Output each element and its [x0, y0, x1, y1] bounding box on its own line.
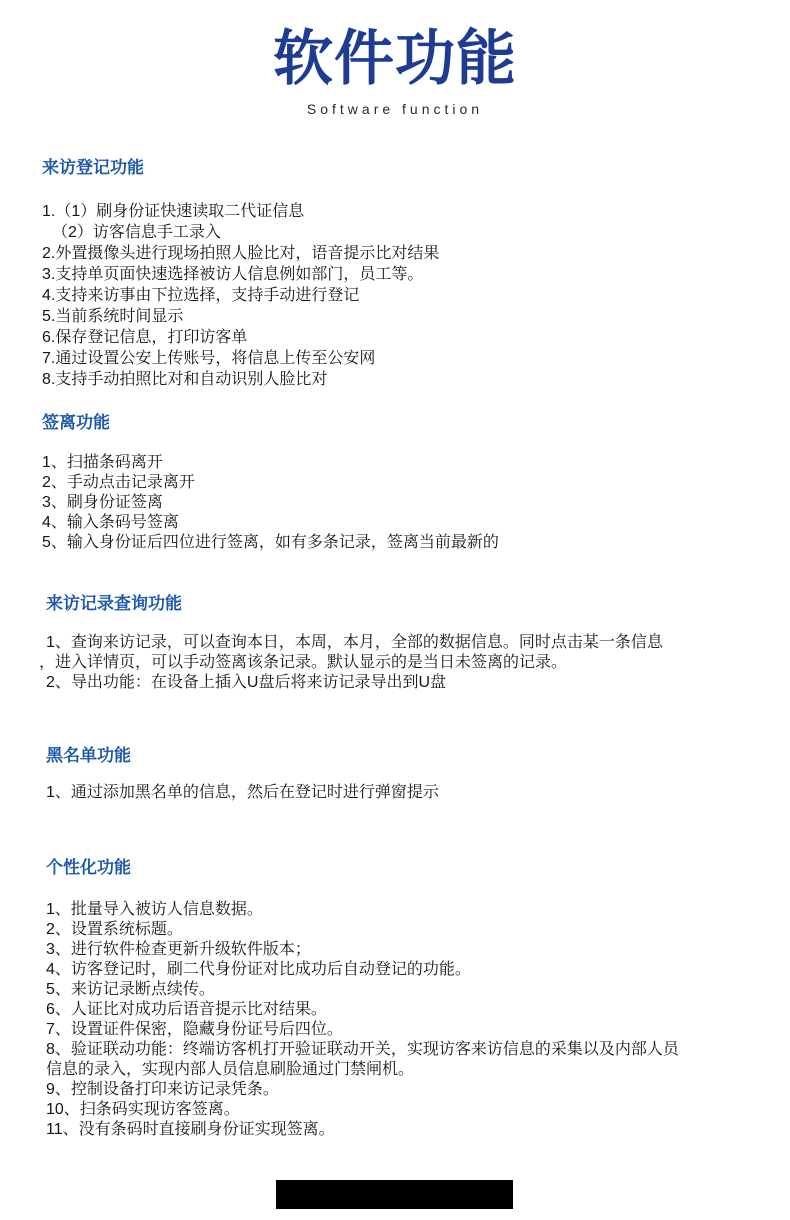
list-item: 1.（1）刷身份证快速读取二代证信息 [42, 201, 770, 222]
list-item: 1、批量导入被访人信息数据。 [46, 900, 770, 920]
list-item: （2）访客信息手工录入 [42, 222, 770, 243]
list-item: 3.支持单页面快速选择被访人信息例如部门，员工等。 [42, 264, 770, 285]
section-body: 1.（1）刷身份证快速读取二代证信息（2）访客信息手工录入2.外置摄像头进行现场… [42, 201, 770, 390]
list-item: 1、扫描条码离开 [42, 453, 770, 473]
list-item: 6.保存登记信息，打印访客单 [42, 327, 770, 348]
document-page: 软件功能 Software function 来访登记功能1.（1）刷身份证快速… [0, 0, 790, 1220]
section-heading: 来访登记功能 [42, 159, 770, 177]
list-item: 5.当前系统时间显示 [42, 306, 770, 327]
list-item: 5、来访记录断点续传。 [46, 980, 770, 1000]
list-item: 4、访客登记时，刷二代身份证对比成功后自动登记的功能。 [46, 960, 770, 980]
section-personalization: 个性化功能1、批量导入被访人信息数据。2、设置系统标题。3、进行软件检查更新升级… [46, 859, 770, 1140]
list-item: 7、设置证件保密，隐藏身份证号后四位。 [46, 1020, 770, 1040]
list-item: ，进入详情页，可以手动签离该条记录。默认显示的是当日未签离的记录。 [39, 653, 770, 673]
list-item: 2、设置系统标题。 [46, 920, 770, 940]
list-item: 5、输入身份证后四位进行签离，如有多条记录，签离当前最新的 [42, 533, 770, 553]
list-item: 8.支持手动拍照比对和自动识别人脸比对 [42, 369, 770, 390]
list-item: 1、通过添加黑名单的信息，然后在登记时进行弹窗提示 [46, 783, 770, 803]
section-heading: 来访记录查询功能 [46, 595, 770, 613]
page-title: 软件功能 [0, 26, 790, 92]
section-heading: 黑名单功能 [46, 747, 770, 765]
section-blacklist: 黑名单功能1、通过添加黑名单的信息，然后在登记时进行弹窗提示 [46, 747, 770, 803]
section-body: 1、通过添加黑名单的信息，然后在登记时进行弹窗提示 [46, 783, 770, 803]
list-item: 4、输入条码号签离 [42, 513, 770, 533]
list-item: 2、导出功能：在设备上插入U盘后将来访记录导出到U盘 [46, 673, 770, 693]
section-body: 1、查询来访记录，可以查询本日，本周，本月，全部的数据信息。同时点击某一条信息，… [46, 633, 770, 693]
list-item: 2、手动点击记录离开 [42, 473, 770, 493]
section-body: 1、批量导入被访人信息数据。2、设置系统标题。3、进行软件检查更新升级软件版本；… [46, 900, 770, 1140]
list-item: 8、验证联动功能：终端访客机打开验证联动开关，实现访客来访信息的采集以及内部人员 [46, 1040, 770, 1060]
list-item: 6、人证比对成功后语音提示比对结果。 [46, 1000, 770, 1020]
list-item: 1、查询来访记录，可以查询本日，本周，本月，全部的数据信息。同时点击某一条信息 [46, 633, 770, 653]
list-item: 10、扫条码实现访客签离。 [46, 1100, 770, 1120]
list-item: 3、刷身份证签离 [42, 493, 770, 513]
section-sign-off: 签离功能1、扫描条码离开2、手动点击记录离开3、刷身份证签离4、输入条码号签离5… [42, 414, 770, 553]
section-heading: 签离功能 [42, 414, 770, 432]
section-visitor-registration: 来访登记功能1.（1）刷身份证快速读取二代证信息（2）访客信息手工录入2.外置摄… [42, 159, 770, 390]
list-item: 9、控制设备打印来访记录凭条。 [46, 1080, 770, 1100]
footer-black-bar [276, 1180, 513, 1209]
section-body: 1、扫描条码离开2、手动点击记录离开3、刷身份证签离4、输入条码号签离5、输入身… [42, 453, 770, 553]
list-item: 3、进行软件检查更新升级软件版本； [46, 940, 770, 960]
list-item: 2.外置摄像头进行现场拍照人脸比对，语音提示比对结果 [42, 243, 770, 264]
section-visit-record-query: 来访记录查询功能1、查询来访记录，可以查询本日，本周，本月，全部的数据信息。同时… [46, 595, 770, 693]
list-item: 4.支持来访事由下拉选择，支持手动进行登记 [42, 285, 770, 306]
page-subtitle: Software function [0, 101, 790, 117]
list-item: 7.通过设置公安上传账号，将信息上传至公安网 [42, 348, 770, 369]
list-item: 11、没有条码时直接刷身份证实现签离。 [46, 1120, 770, 1140]
list-item: 信息的录入，实现内部人员信息刷脸通过门禁闸机。 [46, 1060, 770, 1080]
section-heading: 个性化功能 [46, 859, 770, 877]
